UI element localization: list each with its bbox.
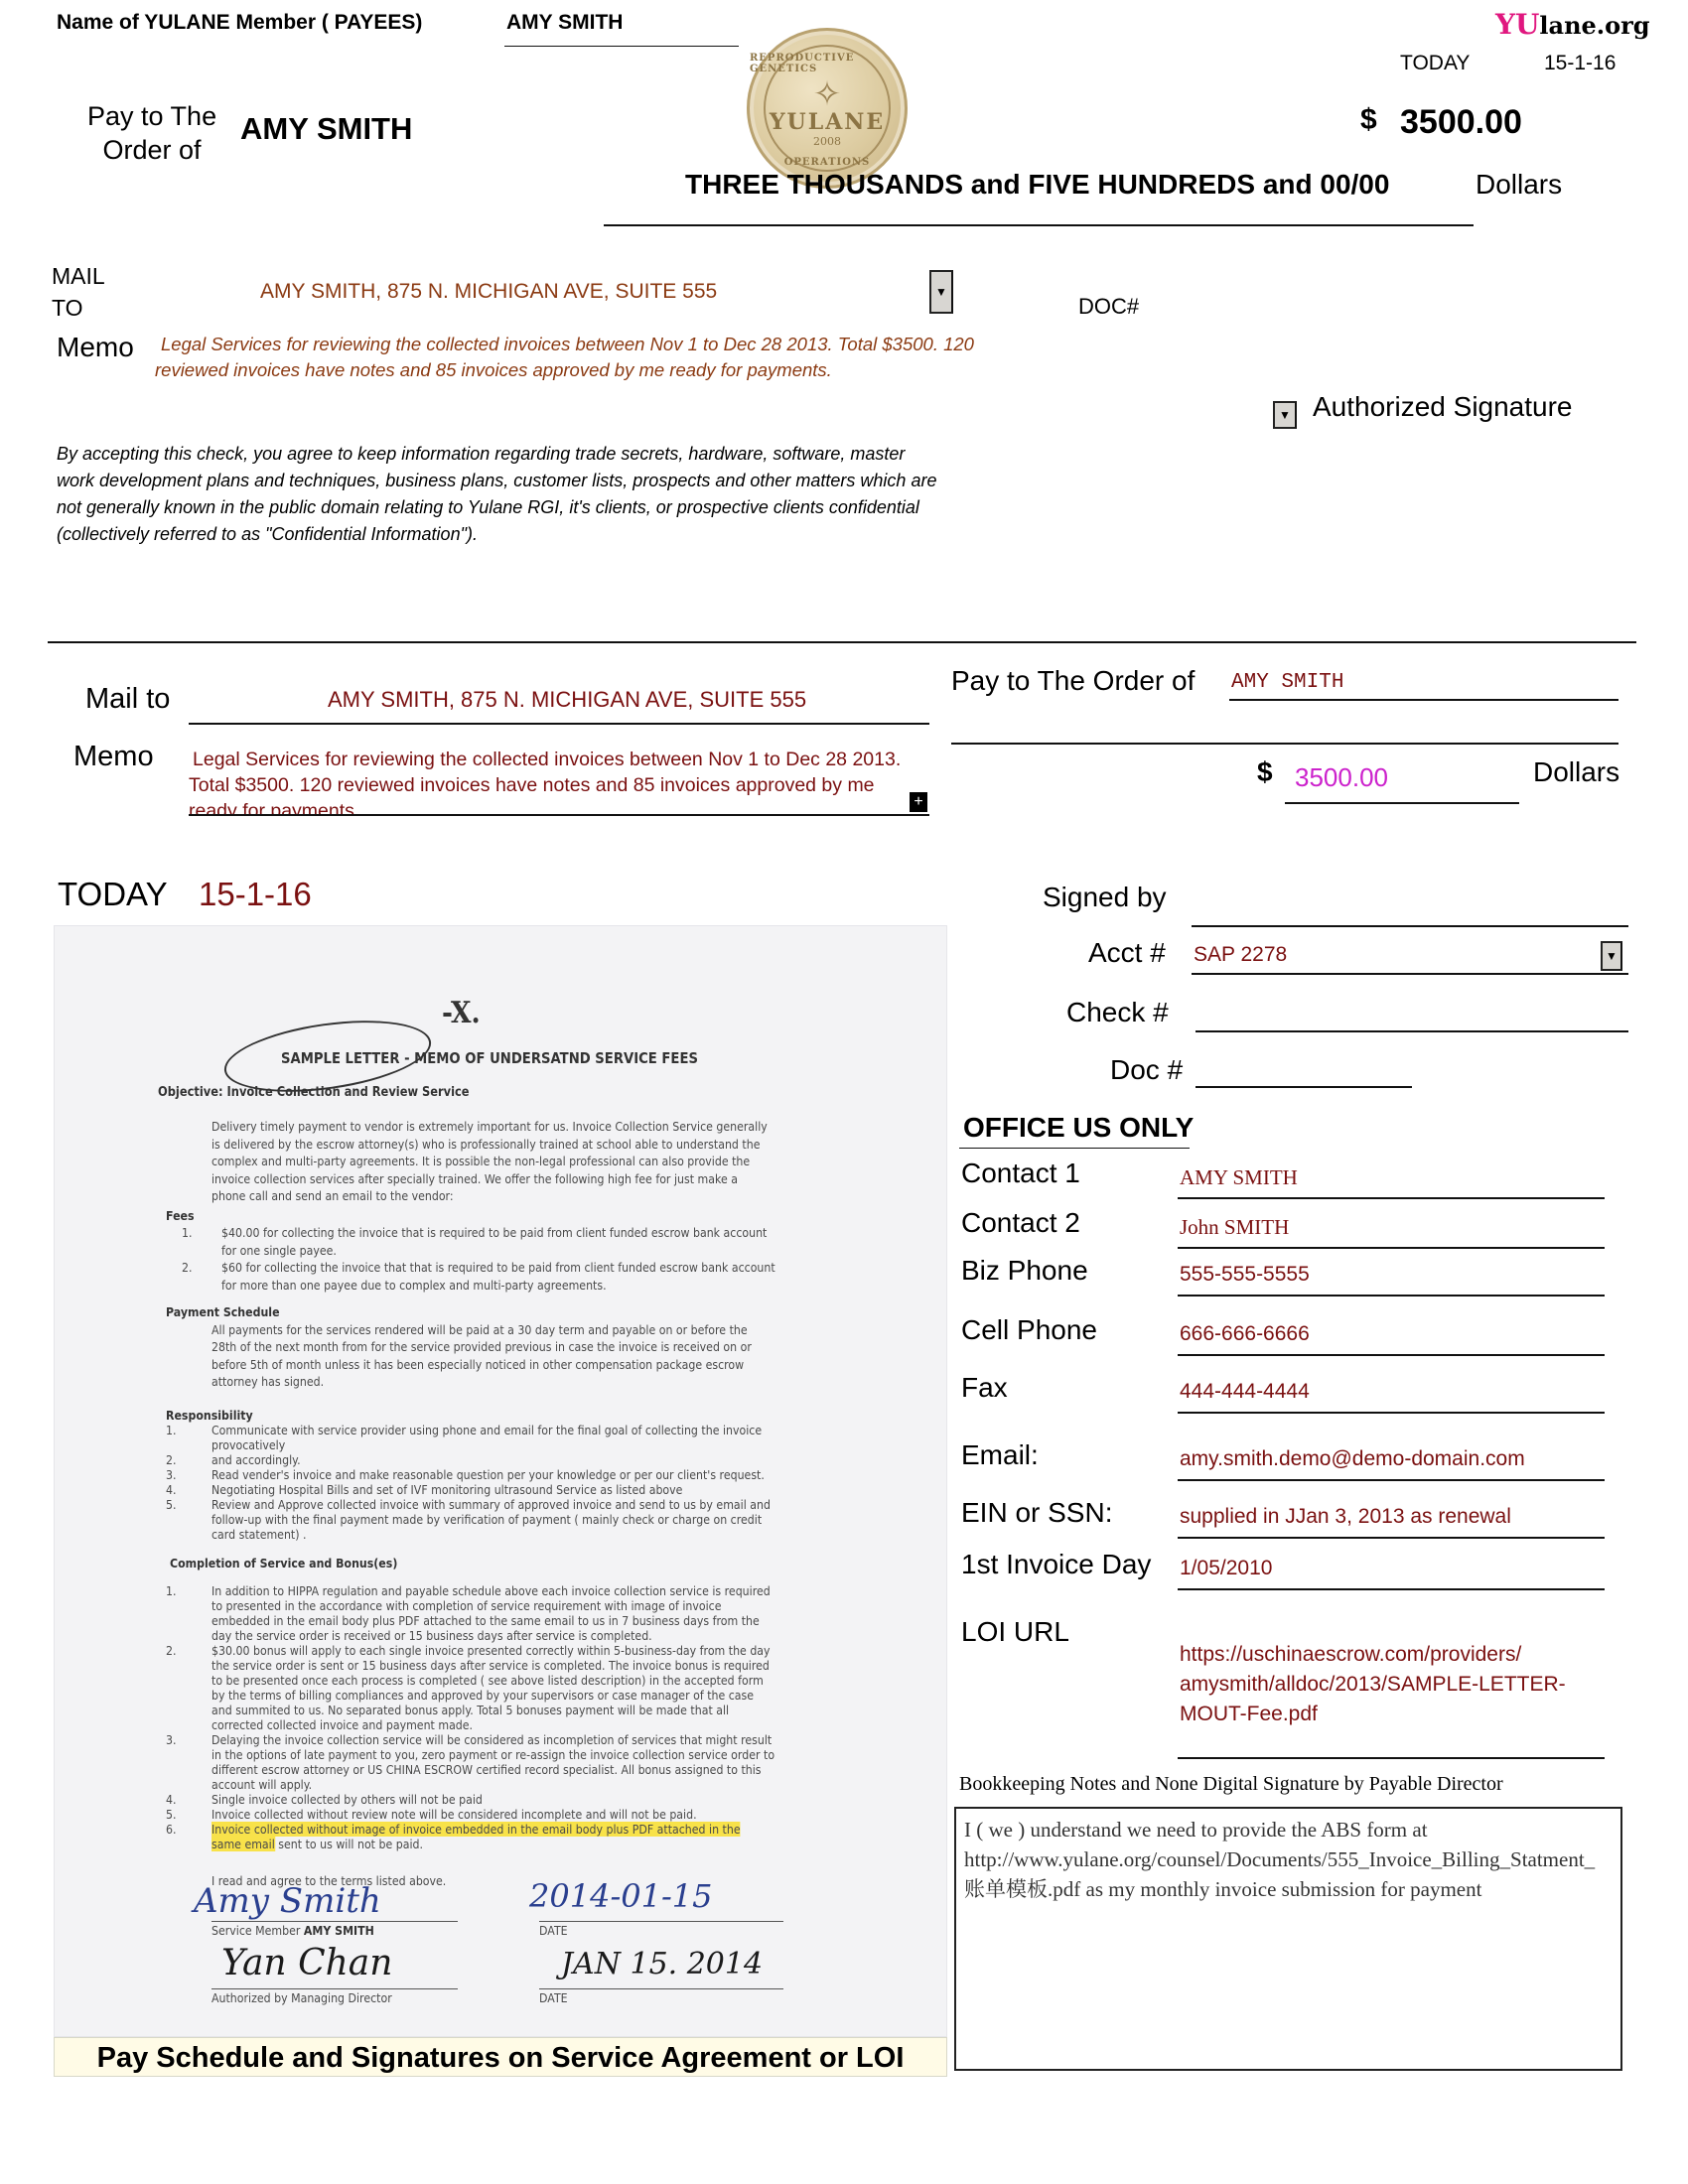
loi-caption: Pay Schedule and Signatures on Service A… (54, 2037, 947, 2077)
scan-text-line: Delivery timely payment to vendor is ext… (211, 1119, 768, 1134)
loi-url-underline (1178, 1757, 1605, 1759)
scan-text-line: 1. (166, 1583, 177, 1598)
scan-text-line: 2. (166, 1643, 177, 1658)
mail-to-field[interactable]: AMY SMITH, 875 N. MICHIGAN AVE, SUITE 55… (260, 280, 717, 304)
mail-to-label: MAIL TO (52, 260, 105, 324)
office-field-underline (1178, 1479, 1605, 1481)
scan-text-line: 2. (166, 1452, 177, 1467)
mail-to-label-line2: TO (52, 292, 105, 324)
office-field-value[interactable]: supplied in JJan 3, 2013 as renewal (1180, 1505, 1511, 1529)
scan-text-line: to presented in the accordance with comp… (211, 1598, 721, 1613)
office-field-underline (1178, 1354, 1605, 1356)
scan-text-line: and accordingly. (211, 1452, 301, 1467)
acct-underline (1192, 973, 1628, 975)
signed-by-label: Signed by (1043, 882, 1167, 913)
acct-field[interactable]: SAP 2278 (1194, 943, 1287, 967)
logo-prefix: YU (1495, 8, 1539, 41)
scan-text-line: card statement) . (211, 1527, 307, 1542)
scan-text-line: invoice collection services after specia… (211, 1171, 738, 1186)
signed-by-field[interactable] (1192, 925, 1628, 927)
scan-text-line: Completion of Service and Bonus(es) (170, 1556, 397, 1570)
scan-text-line: $60 for collecting the invoice that that… (221, 1260, 775, 1275)
stub-memo-line2: Total $3500. 120 reviewed invoices have … (189, 772, 929, 798)
mail-to-label-line1: MAIL (52, 260, 105, 292)
scan-text-line: 28th of the next month from for the serv… (211, 1339, 752, 1354)
scan-text-line: All payments for the services rendered w… (211, 1322, 748, 1337)
acct-label: Acct # (1088, 937, 1166, 969)
office-field-underline (1178, 1588, 1605, 1590)
office-field-value[interactable]: amy.smith.demo@demo-domain.com (1180, 1447, 1525, 1471)
scan-text-line: Payment Schedule (166, 1304, 280, 1319)
scan-text-line: embedded in the email body plus PDF atta… (211, 1613, 760, 1628)
director-date-label: DATE (539, 1990, 568, 2005)
seal-emblem-icon: ✧ (813, 74, 842, 114)
logo-suffix: lane.org (1539, 11, 1649, 40)
scan-item-number: 6. (166, 1822, 177, 1837)
scan-text-line: 1. (182, 1225, 193, 1240)
scan-text-line: for one single payee. (221, 1243, 337, 1258)
office-field-value[interactable]: 1/05/2010 (1180, 1557, 1272, 1580)
office-field-underline (1178, 1197, 1605, 1199)
director-signature: Yan Chan (221, 1943, 392, 1983)
member-caption: Service Member AMY SMITH (211, 1923, 374, 1938)
stub-memo-underline (189, 814, 929, 816)
member-label: Name of YULANE Member ( PAYEES) (57, 11, 422, 35)
stub-mail-to-underline (189, 723, 929, 725)
scan-text-line: $30.00 bonus will apply to each single i… (211, 1643, 771, 1658)
office-field-value[interactable]: 444-444-4444 (1180, 1380, 1310, 1404)
stub-dollars-label: Dollars (1533, 756, 1619, 788)
scan-text-line: different escrow attorney or US CHINA ES… (211, 1762, 762, 1777)
director-caption: Authorized by Managing Director (211, 1990, 392, 2005)
office-field-label: Contact 2 (961, 1207, 1080, 1239)
member-name-field[interactable]: AMY SMITH (506, 11, 623, 35)
bookkeeping-notes-textarea[interactable]: I ( we ) understand we need to provide t… (954, 1807, 1622, 2071)
office-field-underline (1178, 1295, 1605, 1297)
scan-text-line: phone call and send an email to the vend… (211, 1188, 454, 1203)
stub-today-value: 15-1-16 (199, 876, 312, 913)
stub-mail-to-label: Mail to (85, 683, 170, 716)
scan-text-line: 3. (166, 1467, 177, 1482)
highlight: same email (211, 1837, 275, 1851)
member-signature-line (211, 1921, 458, 1922)
office-field-label: 1st Invoice Day (961, 1549, 1151, 1580)
doc-number-field[interactable] (1196, 1086, 1412, 1088)
memo-line1: Legal Services for reviewing the collect… (155, 332, 974, 357)
perforation-divider (48, 641, 1636, 643)
stub-pay-to-label: Pay to The Order of (951, 665, 1195, 697)
currency-symbol: $ (1360, 103, 1377, 137)
doc-number-label: Doc # (1110, 1054, 1183, 1086)
expand-memo-button[interactable]: + (910, 792, 927, 812)
stub-memo-line3: ready for payments. (189, 798, 929, 814)
scan-text-line: Single invoice collected by others will … (211, 1792, 483, 1807)
disclaimer-line: By accepting this check, you agree to ke… (57, 441, 936, 468)
scan-text-line: in the options of late payment to you, z… (211, 1747, 774, 1762)
director-date-signature: JAN 15. 2014 (561, 1947, 763, 1981)
member-date-line (539, 1921, 783, 1922)
disclaimer-line: not generally known in the public domain… (57, 494, 936, 521)
scan-text: sent to us will not be paid. (275, 1837, 423, 1851)
member-date-signature: 2014-01-15 (529, 1877, 713, 1915)
pay-to-label-line2: Order of (87, 133, 216, 167)
stub-memo-label: Memo (73, 741, 154, 773)
office-use-title: OFFICE US ONLY (963, 1112, 1194, 1144)
memo-line2: reviewed invoices have notes and 85 invo… (155, 357, 974, 383)
scan-mark: -X. (442, 996, 481, 1030)
stub-pay-to-underline (1229, 699, 1618, 701)
stub-today-label: TODAY (58, 876, 168, 913)
doc-label: DOC# (1078, 294, 1139, 320)
scan-text-line: Invoice collected without review note wi… (211, 1807, 697, 1822)
scan-title: SAMPLE LETTER - MEMO OF UNDERSATND SERVI… (281, 1049, 698, 1067)
dollars-label: Dollars (1476, 169, 1562, 201)
office-field-underline (1178, 1247, 1605, 1249)
yulane-logo: YUlane.org (1495, 8, 1650, 41)
member-date-label: DATE (539, 1923, 568, 1938)
stub-pay-to-field[interactable]: AMY SMITH (1231, 671, 1343, 694)
pay-to-label: Pay to The Order of (87, 99, 216, 167)
bookkeeping-notes-label: Bookkeeping Notes and None Digital Signa… (959, 1773, 1503, 1796)
loi-url-line: amysmith/alldoc/2013/SAMPLE-LETTER- (1180, 1670, 1566, 1700)
scan-text-line: before 5th of month unless it has been e… (211, 1357, 744, 1372)
authorized-signature-label: Authorized Signature (1313, 391, 1573, 423)
today-label: TODAY (1400, 52, 1470, 75)
seal-bottom-text: OPERATIONS (784, 157, 871, 168)
scan-text-line: $40.00 for collecting the invoice that i… (221, 1225, 767, 1240)
amount-words-field[interactable]: THREE THOUSANDS and FIVE HUNDREDS and 00… (685, 169, 1389, 201)
scan-text-line: 5. (166, 1807, 177, 1822)
office-field-value[interactable]: AMY SMITH (1180, 1165, 1298, 1190)
stub-blank-line (951, 743, 1618, 745)
scan-text-line: Negotiating Hospital Bills and set of IV… (211, 1482, 682, 1497)
acct-dropdown-button[interactable]: ▼ (1601, 941, 1622, 971)
director-date-line (539, 1988, 783, 1989)
today-value: 15-1-16 (1544, 52, 1616, 75)
scan-text-line: Read vender's invoice and make reasonabl… (211, 1467, 765, 1482)
scan-highlighted-line: Invoice collected without image of invoi… (211, 1822, 741, 1837)
office-field-underline (1178, 1537, 1605, 1539)
scan-text-line: 4. (166, 1482, 177, 1497)
yulane-seal-logo: REPRODUCTIVE GENETICS ✧ YULANE 2008 OPER… (747, 28, 908, 189)
payee-field[interactable]: AMY SMITH (240, 111, 412, 147)
office-field-value[interactable]: John SMITH (1180, 1215, 1289, 1240)
member-name-underline (504, 46, 739, 47)
member-caption-name: AMY SMITH (304, 1923, 374, 1938)
stub-memo-field[interactable]: Legal Services for reviewing the collect… (189, 747, 929, 814)
scan-text-line: 2. (182, 1260, 193, 1275)
scan-text-line: attorney has signed. (211, 1374, 324, 1389)
office-field-underline (1178, 1412, 1605, 1414)
amount-words-underline (604, 224, 1474, 226)
stub-amount-underline (1285, 802, 1519, 804)
scan-text-line: and summited to us. No separated bonus a… (211, 1703, 729, 1717)
confidentiality-disclaimer: By accepting this check, you agree to ke… (57, 441, 936, 548)
office-field-label: Cell Phone (961, 1314, 1097, 1346)
scan-text-line: Fees (166, 1208, 195, 1223)
scan-text-line: account will apply. (211, 1777, 312, 1792)
director-signature-line (211, 1988, 458, 1989)
signature-dropdown-button[interactable]: ▼ (1273, 401, 1297, 429)
stub-amount-field[interactable]: 3500.00 (1295, 762, 1388, 793)
scan-text-line: 5. (166, 1497, 177, 1512)
scan-text-line: for more than one payee due to complex a… (221, 1278, 607, 1293)
loi-url-line: https://uschinaescrow.com/providers/ (1180, 1640, 1566, 1670)
chevron-down-icon: ▼ (935, 285, 947, 299)
loi-url-label: LOI URL (961, 1616, 1069, 1648)
scan-text-line: Review and Approve collected invoice wit… (211, 1497, 771, 1512)
scan-text-line: Responsibility (166, 1408, 253, 1423)
member-caption-prefix: Service Member (211, 1923, 304, 1938)
office-field-label: Email: (961, 1439, 1039, 1471)
chevron-down-icon: ▼ (1279, 408, 1291, 422)
mail-to-dropdown-button[interactable]: ▼ (929, 270, 953, 314)
disclaimer-line: (collectively referred to as "Confidenti… (57, 521, 936, 548)
disclaimer-line: work development plans and techniques, b… (57, 468, 936, 494)
office-field-value[interactable]: 666-666-6666 (1180, 1322, 1310, 1346)
scan-objective: Objective: Invoice Collection and Review… (158, 1085, 470, 1100)
member-signature: Amy Smith (194, 1881, 381, 1921)
memo-label: Memo (57, 332, 134, 363)
scan-text-line: 4. (166, 1792, 177, 1807)
scan-highlighted-line: same email sent to us will not be paid. (211, 1837, 423, 1851)
chevron-down-icon: ▼ (1606, 949, 1618, 963)
check-number-label: Check # (1066, 997, 1169, 1028)
scan-text-line: 3. (166, 1732, 177, 1747)
scan-text-line: complex and multi-party agreements. It i… (211, 1154, 750, 1168)
amount-field[interactable]: 3500.00 (1400, 103, 1522, 142)
scan-text-line: to be presented once each process is com… (211, 1673, 764, 1688)
office-field-label: EIN or SSN: (961, 1497, 1112, 1529)
scan-text-line: 1. (166, 1423, 177, 1437)
scan-text-line: is delivered by the escrow attorney(s) w… (211, 1137, 760, 1152)
office-field-label: Fax (961, 1372, 1008, 1404)
loi-url-field[interactable]: https://uschinaescrow.com/providers/ amy… (1180, 1640, 1566, 1729)
scan-text-line: Communicate with service provider using … (211, 1423, 762, 1437)
scan-text-line: by the terms of billing compliances and … (211, 1688, 754, 1703)
scanned-loi-document: -X. SAMPLE LETTER - MEMO OF UNDERSATND S… (54, 925, 947, 2037)
check-number-field[interactable] (1196, 1030, 1628, 1032)
scan-text-line: the service order is sent or 15 business… (211, 1658, 770, 1673)
scan-text-line: follow-up with the final payment made by… (211, 1512, 762, 1527)
loi-url-line: MOUT-Fee.pdf (1180, 1700, 1566, 1729)
highlight: Invoice collected without image of invoi… (211, 1822, 741, 1837)
pay-to-label-line1: Pay to The (87, 99, 216, 133)
scan-text-line: In addition to HIPPA regulation and paya… (211, 1583, 771, 1598)
scan-text-line: day the service order is received or 15 … (211, 1628, 652, 1643)
scan-text-line: Delaying the invoice collection service … (211, 1732, 772, 1747)
office-use-title-underline (959, 1148, 1190, 1149)
stub-mail-to-field[interactable]: AMY SMITH, 875 N. MICHIGAN AVE, SUITE 55… (328, 687, 806, 713)
stub-currency-symbol: $ (1257, 756, 1273, 788)
seal-top-text: REPRODUCTIVE GENETICS (750, 53, 905, 74)
scan-text-line: corrected collected invoice and payment … (211, 1717, 473, 1732)
office-field-value[interactable]: 555-555-5555 (1180, 1263, 1310, 1287)
scan-text-line: provocatively (211, 1437, 285, 1452)
stub-memo-line1: Legal Services for reviewing the collect… (189, 747, 929, 772)
office-field-label: Contact 1 (961, 1158, 1080, 1189)
office-field-label: Biz Phone (961, 1255, 1088, 1287)
memo-field[interactable]: Legal Services for reviewing the collect… (155, 332, 974, 383)
